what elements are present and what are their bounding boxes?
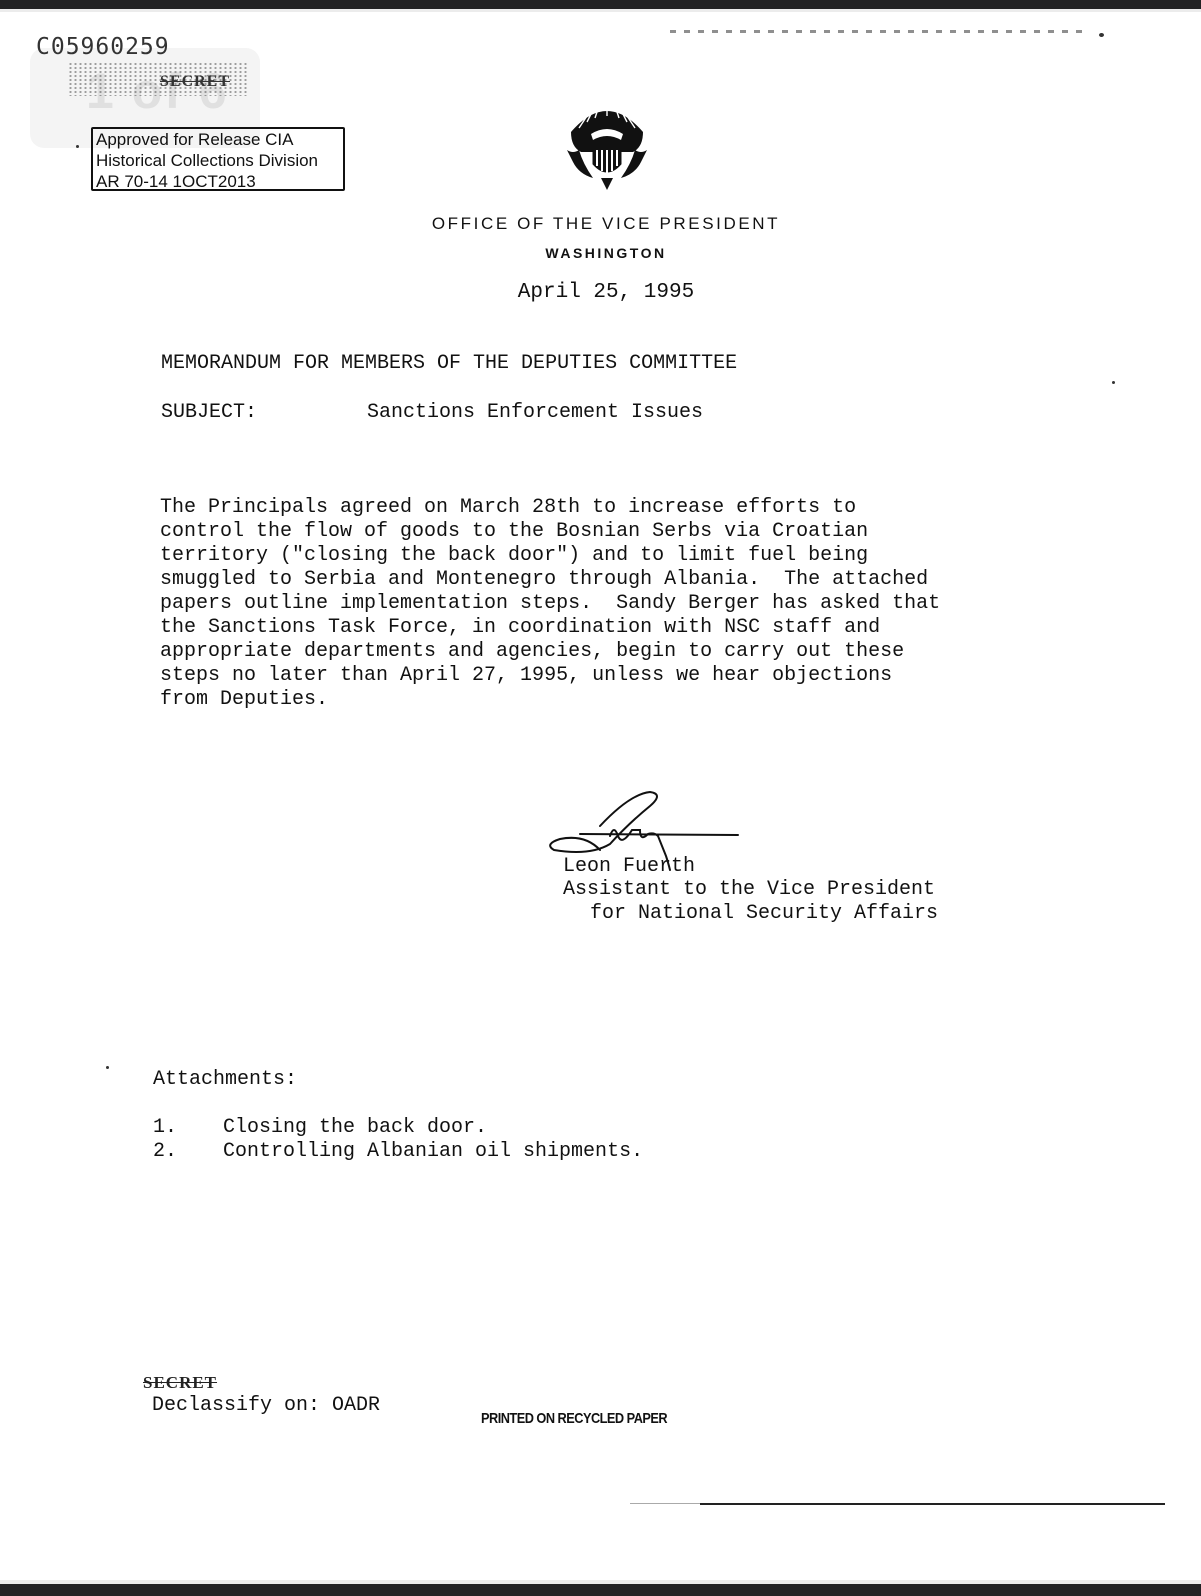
document-id: C05960259 — [36, 34, 170, 60]
memo-addressee: MEMORANDUM FOR MEMBERS OF THE DEPUTIES C… — [161, 352, 737, 375]
classification-top: SECRET — [160, 73, 230, 91]
classification-footer: SECRET — [143, 1373, 217, 1393]
letterhead-city: WASHINGTON — [398, 245, 814, 261]
attachment-title: Closing the back door. — [223, 1116, 487, 1139]
recycled-paper-note: PRINTED ON RECYCLED PAPER — [481, 1410, 667, 1427]
memo-date: April 25, 1995 — [398, 281, 814, 304]
signatory-title-cont: for National Security Affairs — [590, 902, 938, 925]
body-line: from Deputies. — [160, 688, 1060, 712]
scan-rule-faint — [630, 1503, 700, 1504]
attachment-item: 2.Controlling Albanian oil shipments. — [153, 1140, 643, 1163]
body-line: territory ("closing the back door") and … — [160, 544, 1060, 568]
viewer-top-bar — [0, 0, 1201, 9]
body-line: papers outline implementation steps. San… — [160, 592, 1060, 616]
body-line: steps no later than April 27, 1995, unle… — [160, 664, 1060, 688]
viewer-bottom-bar — [0, 1584, 1201, 1596]
scan-speck — [1112, 381, 1115, 384]
body-line: smuggled to Serbia and Montenegro throug… — [160, 568, 1060, 592]
scan-rule — [700, 1503, 1165, 1505]
viewer-top-strip — [0, 9, 1201, 12]
body-line: the Sanctions Task Force, in coordinatio… — [160, 616, 1060, 640]
release-stamp-line: Approved for Release CIA — [96, 129, 343, 150]
body-line: appropriate departments and agencies, be… — [160, 640, 1060, 664]
attachment-item: 1.Closing the back door. — [153, 1116, 487, 1139]
attachment-number: 1. — [153, 1116, 223, 1139]
attachments-heading: Attachments: — [153, 1068, 297, 1091]
scan-speck — [76, 145, 79, 148]
signatory-title: Assistant to the Vice President — [563, 878, 935, 901]
vice-president-seal-icon — [557, 92, 657, 192]
signatory-name: Leon Fuerth — [563, 855, 695, 878]
body-line: The Principals agreed on March 28th to i… — [160, 496, 1060, 520]
memo-body: The Principals agreed on March 28th to i… — [160, 496, 1060, 712]
letterhead-office: OFFICE OF THE VICE PRESIDENT — [398, 214, 814, 234]
declassify-note: Declassify on: OADR — [152, 1394, 380, 1417]
subject-label: SUBJECT: — [161, 401, 257, 424]
release-stamp-line: Historical Collections Division — [96, 150, 343, 171]
release-stamp: Approved for Release CIA Historical Coll… — [91, 127, 345, 191]
attachment-number: 2. — [153, 1140, 223, 1163]
release-stamp-line: AR 70-14 1OCT2013 — [96, 171, 343, 192]
attachment-title: Controlling Albanian oil shipments. — [223, 1140, 643, 1163]
scan-speck — [1099, 33, 1104, 37]
body-line: control the flow of goods to the Bosnian… — [160, 520, 1060, 544]
scan-artifact-dashes — [670, 30, 1090, 33]
scan-speck — [106, 1066, 109, 1069]
subject-value: Sanctions Enforcement Issues — [367, 401, 703, 424]
